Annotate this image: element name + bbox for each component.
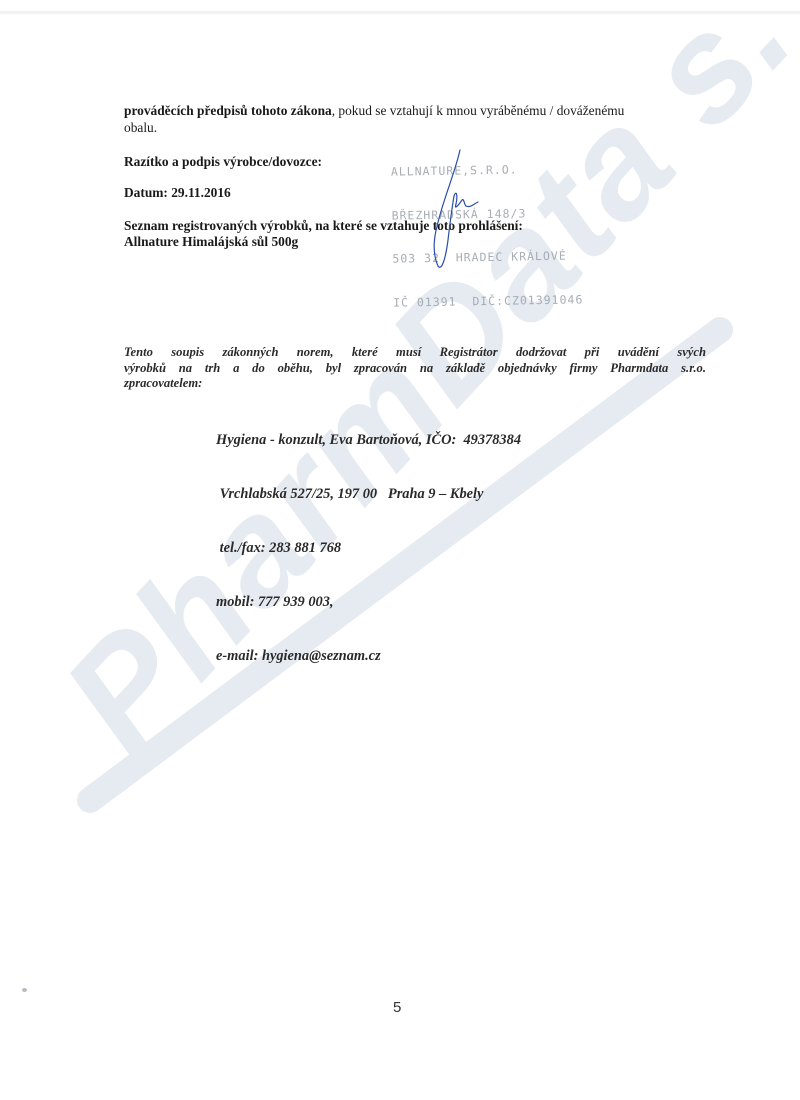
note-line: výrobků na trh a do oběhu, byl zpracován… <box>124 361 706 377</box>
disclaimer-note: Tento soupis zákonných norem, které musí… <box>124 345 706 392</box>
stamp-line: IČ 01391 DIČ:CZ01391046 <box>393 292 583 310</box>
product-item: Allnature Himalájská sůl 500g <box>124 233 298 250</box>
intro-regular: , pokud se vztahují k mnou vyráběnému / … <box>332 103 625 118</box>
intro-bold: prováděcích předpisů tohoto zákona <box>124 103 332 118</box>
stamp-signature-label: Razítko a podpis výrobce/dovozce: <box>124 153 322 170</box>
date-label: Datum: 29.11.2016 <box>124 184 231 201</box>
page-number: 5 <box>393 999 401 1016</box>
contact-phone: tel./fax: 283 881 768 <box>216 539 521 557</box>
contact-address: Vrchlabská 527/25, 197 00 Praha 9 – Kbel… <box>216 485 521 503</box>
note-line: zpracovatelem: <box>124 376 706 392</box>
contact-company: Hygiena - konzult, Eva Bartoňová, IČO: 4… <box>216 431 521 449</box>
handwritten-signature <box>420 148 500 273</box>
intro-continuation: obalu. <box>124 120 157 135</box>
contact-email: e-mail: hygiena@seznam.cz <box>216 647 521 665</box>
processor-contact: Hygiena - konzult, Eva Bartoňová, IČO: 4… <box>216 395 521 701</box>
contact-mobile: mobil: 777 939 003, <box>216 593 521 611</box>
intro-paragraph: prováděcích předpisů tohoto zákona, poku… <box>124 102 724 136</box>
scan-speck <box>22 988 27 992</box>
note-line: Tento soupis zákonných norem, které musí… <box>124 345 706 361</box>
document-page: prováděcích předpisů tohoto zákona, poku… <box>0 0 800 1100</box>
